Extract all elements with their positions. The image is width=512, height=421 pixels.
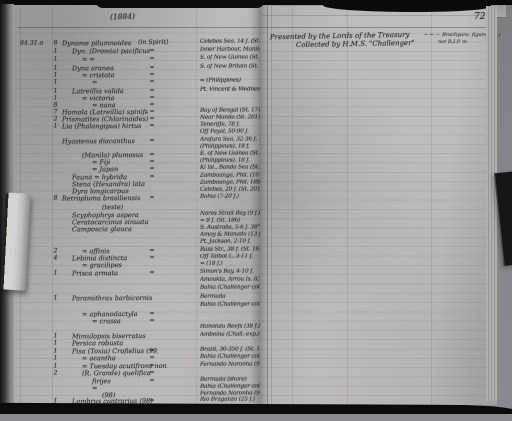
- locality: E. of New Guinea (St. 185): [200, 150, 260, 156]
- locality: Amboina (Chall.-exp.): [200, 331, 260, 337]
- specimen-count: 4: [50, 254, 61, 261]
- right-page-rule-3: [292, 6, 293, 405]
- specimen-count: 1: [50, 269, 61, 276]
- locality: = 8 f. (St. 186): [200, 217, 260, 223]
- species-name: =: [62, 78, 97, 86]
- locality: Off Talbot I., 3-11 f.: [200, 253, 260, 259]
- specimen-count: 8: [50, 101, 61, 108]
- locality: Celebes Sea, 14 f. (St. 212): [200, 38, 260, 44]
- spirit-ditto: (in Spirit): [138, 39, 166, 46]
- right-top-crease: [262, 15, 490, 16]
- locality: Pt. Vincent & Wednesday I.: [200, 86, 260, 92]
- locality: Bahia (Challenger coll.): [200, 353, 260, 359]
- locality: Pt. Jackson, 2-10 f.: [200, 238, 260, 244]
- locality: Inner Harbour, Manila (7 f.): [200, 46, 260, 52]
- species-name: Retropluma brasiliensis: [62, 194, 140, 202]
- locality: S. of New Guinea (St. 188): [200, 54, 260, 60]
- top-shadow-left: [95, 0, 265, 8]
- locality: Rio Braganza (25 f.): [200, 396, 260, 402]
- specimen-count: 1: [50, 78, 61, 85]
- specimen-count: 7: [50, 108, 61, 115]
- locality: Zamboanga, Phil. (10 f.): [200, 172, 260, 178]
- specimen-count: 8: [50, 194, 61, 201]
- right-page: [259, 6, 497, 405]
- year-heading: (1884): [110, 12, 135, 22]
- open-register-book: (1884) 72 Presented by the Lords of the …: [0, 4, 512, 405]
- locality: Bass Str., 38 f. (St. 162): [200, 246, 260, 252]
- specimen-count: 1: [50, 294, 61, 301]
- register-photo: (1884) 72 Presented by the Lords of the …: [0, 0, 512, 421]
- locality: = (18 f.): [200, 260, 260, 266]
- spirit-ditto: =: [138, 269, 166, 276]
- locality: (Philippines), 18 f.: [200, 143, 260, 149]
- locality: Zamboanga, Phil. 1887: [200, 179, 260, 185]
- locality: Teneriffe, 78 f.: [200, 121, 260, 127]
- spirit-ditto: =: [138, 55, 166, 62]
- spirit-ditto: =: [138, 47, 166, 54]
- locality: = (Philippines): [200, 77, 260, 83]
- specimen-count: 8: [50, 39, 61, 46]
- specimen-count: 1: [50, 339, 61, 346]
- locality: Near Manila (St. 201): [200, 114, 260, 120]
- locality: S. of New Britain (St. 190): [200, 63, 260, 69]
- locality: Bahia (Challenger coll.): [200, 383, 260, 389]
- locality: Off Fayal, 50-90 f.: [200, 128, 260, 134]
- locality: Bermuda (shore): [200, 376, 260, 382]
- locality: (Philippines), 18 f.: [200, 157, 260, 163]
- locality: S. Australia, 5-6 f. 38°: [200, 224, 260, 230]
- right-page-rule-2: [271, 6, 272, 405]
- right-page-stack-edge: [486, 6, 497, 401]
- locality: Fernando Noronha (9 f.): [200, 361, 260, 367]
- locality: Bermuda: [200, 293, 260, 299]
- locality: Bay of Bengal (St. 171): [200, 107, 260, 113]
- specimen-count: 2: [50, 115, 61, 122]
- specimen-count: 1: [50, 122, 61, 129]
- locality: Nares Strait Bay (9 f.): [200, 210, 260, 216]
- specimen-count: 1: [50, 71, 61, 78]
- specimen-count: 1: [50, 47, 61, 54]
- spirit-ditto: =: [138, 194, 166, 201]
- locality: Simon's Bay, 4-10 f.: [200, 268, 260, 274]
- specimen-count: 1: [50, 362, 61, 369]
- spirit-ditto: =: [138, 354, 166, 361]
- specimen-count: 1: [50, 332, 61, 339]
- locality: Amoy & Manado (13 f.): [200, 231, 260, 237]
- specimen-count: 1: [50, 347, 61, 354]
- locality: Bahia (Challenger coll.): [200, 301, 260, 307]
- locality: Ki Isl., Banda Sea (St. 192): [200, 164, 260, 170]
- locality: Brazil, 30-350 f. (St. 122): [200, 346, 260, 352]
- locality: Amoukta, Arrou Is. (Chall.): [200, 276, 260, 282]
- species-name: = =: [62, 55, 95, 63]
- specimen-count: 1: [50, 94, 61, 101]
- ruled-lines-right: [259, 24, 497, 399]
- locality: Bahia (7-20 f.): [200, 193, 260, 199]
- locality: Celebes, 20 f. (St. 201): [200, 186, 260, 192]
- register-number: 84.31.a: [20, 39, 50, 46]
- specimen-count: 1: [50, 354, 61, 361]
- page-number: 72: [474, 12, 485, 22]
- spirit-ditto: =: [138, 165, 166, 172]
- table-surface: [0, 414, 512, 421]
- left-page-clamp: [0, 192, 30, 290]
- locality: Arafura Sea, 32-36 f.: [200, 136, 260, 142]
- ledger-rows: 84.31.a8Dynome pilumnoides(in Spirit)Cel…: [20, 34, 270, 408]
- right-page-rule-5: [431, 6, 432, 405]
- spirit-ditto: =: [138, 78, 166, 85]
- margin-side-note-line2: not R.I.P. m: [438, 39, 467, 45]
- locality: Bahia (Challenger coll.): [200, 284, 260, 290]
- specimen-count: 2: [50, 247, 61, 254]
- header-rule: [18, 27, 494, 28]
- spirit-ditto: =: [138, 369, 166, 376]
- species-name: = acantha: [62, 354, 116, 362]
- specimen-count: 1: [50, 87, 61, 94]
- locality: Honolulu Reefs (38 f.): [200, 323, 260, 329]
- specimen-count: 2: [50, 369, 61, 376]
- right-page-rule-4: [347, 6, 348, 405]
- specimen-count: 1: [50, 55, 61, 62]
- specimen-count: 1: [50, 64, 61, 71]
